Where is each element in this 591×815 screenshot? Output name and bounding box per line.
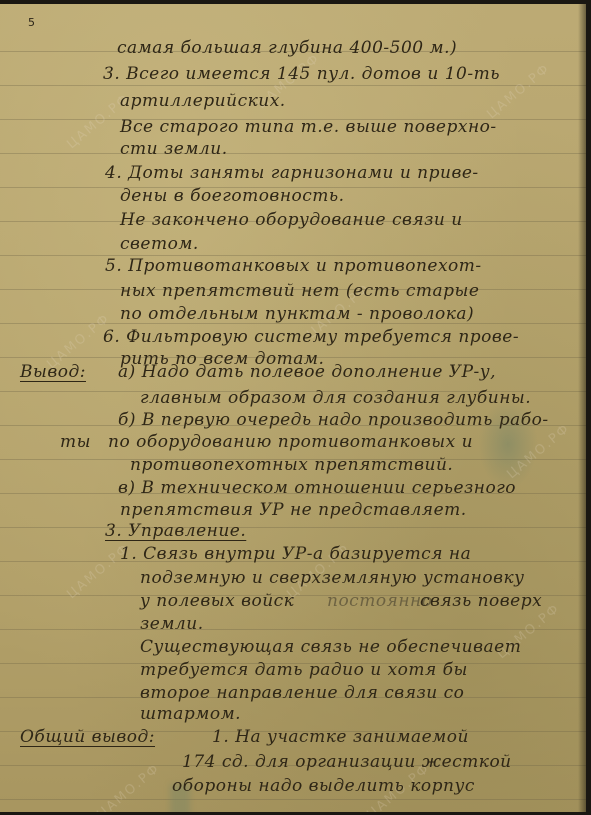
- text-line: 1. Связь внутри УР-а базируется на: [120, 544, 471, 564]
- text-line: штармом.: [140, 704, 241, 724]
- text-line: у полевых войск: [140, 591, 294, 611]
- text-line: 4. Доты заняты гарнизонами и приве-: [105, 163, 479, 183]
- text-line: ных препятствий нет (есть старые: [120, 281, 479, 301]
- document-page: ЦАМО.РФ ЦАМО.РФ ЦАМО.РФ ЦАМО.РФ ЦАМО.РФ …: [0, 4, 586, 812]
- text-line: требуется дать радио и хотя бы: [140, 660, 468, 680]
- text-line: 5. Противотанковых и противопехот-: [105, 256, 482, 276]
- text-line: дены в боеготовность.: [120, 186, 345, 206]
- text-line: в) В техническом отношении серьезного: [118, 478, 516, 498]
- text-line: самая большая глубина 400-500 м.): [117, 38, 457, 58]
- section-heading: Вывод:: [20, 362, 86, 382]
- page-edge-shadow: [578, 4, 586, 812]
- section-heading: Общий вывод:: [20, 727, 155, 747]
- text-line: препятствия УР не представляет.: [120, 500, 467, 520]
- text-line: противопехотных препятствий.: [130, 455, 453, 475]
- text-line: постоянно: [327, 591, 432, 611]
- text-line: связь поверх: [420, 591, 542, 611]
- text-line: 3. Всего имеется 145 пул. дотов и 10-ть: [103, 64, 500, 84]
- text-line: Все старого типа т.е. выше поверхно-: [120, 117, 497, 137]
- text-line: артиллерийских.: [120, 91, 286, 111]
- text-line: подземную и сверхземляную установку: [140, 568, 525, 588]
- text-line: 6. Фильтровую систему требуется прове-: [103, 327, 519, 347]
- text-line: сти земли.: [120, 139, 228, 159]
- text-line: светом.: [120, 234, 199, 254]
- text-line: 174 сд. для организации жесткой: [182, 752, 512, 772]
- text-line: по оборудованию противотанковых и: [108, 432, 473, 452]
- text-line: ты: [60, 432, 91, 452]
- text-line: земли.: [140, 614, 204, 634]
- text-line: Существующая связь не обеспечивает: [140, 637, 521, 657]
- text-line: Не закончено оборудование связи и: [120, 210, 463, 230]
- text-line: главным образом для создания глубины.: [140, 388, 531, 408]
- section-heading: 3. Управление.: [105, 521, 246, 541]
- text-line: а) Надо дать полевое дополнение УР-у,: [118, 362, 496, 382]
- text-line: б) В первую очередь надо производить раб…: [118, 410, 549, 430]
- text-line: по отдельным пунктам - проволока): [120, 304, 474, 324]
- corner-mark: 5: [28, 16, 35, 29]
- text-line: обороны надо выделить корпус: [172, 776, 475, 796]
- text-line: второе направление для связи со: [140, 683, 464, 703]
- text-line: 1. На участке занимаемой: [212, 727, 469, 747]
